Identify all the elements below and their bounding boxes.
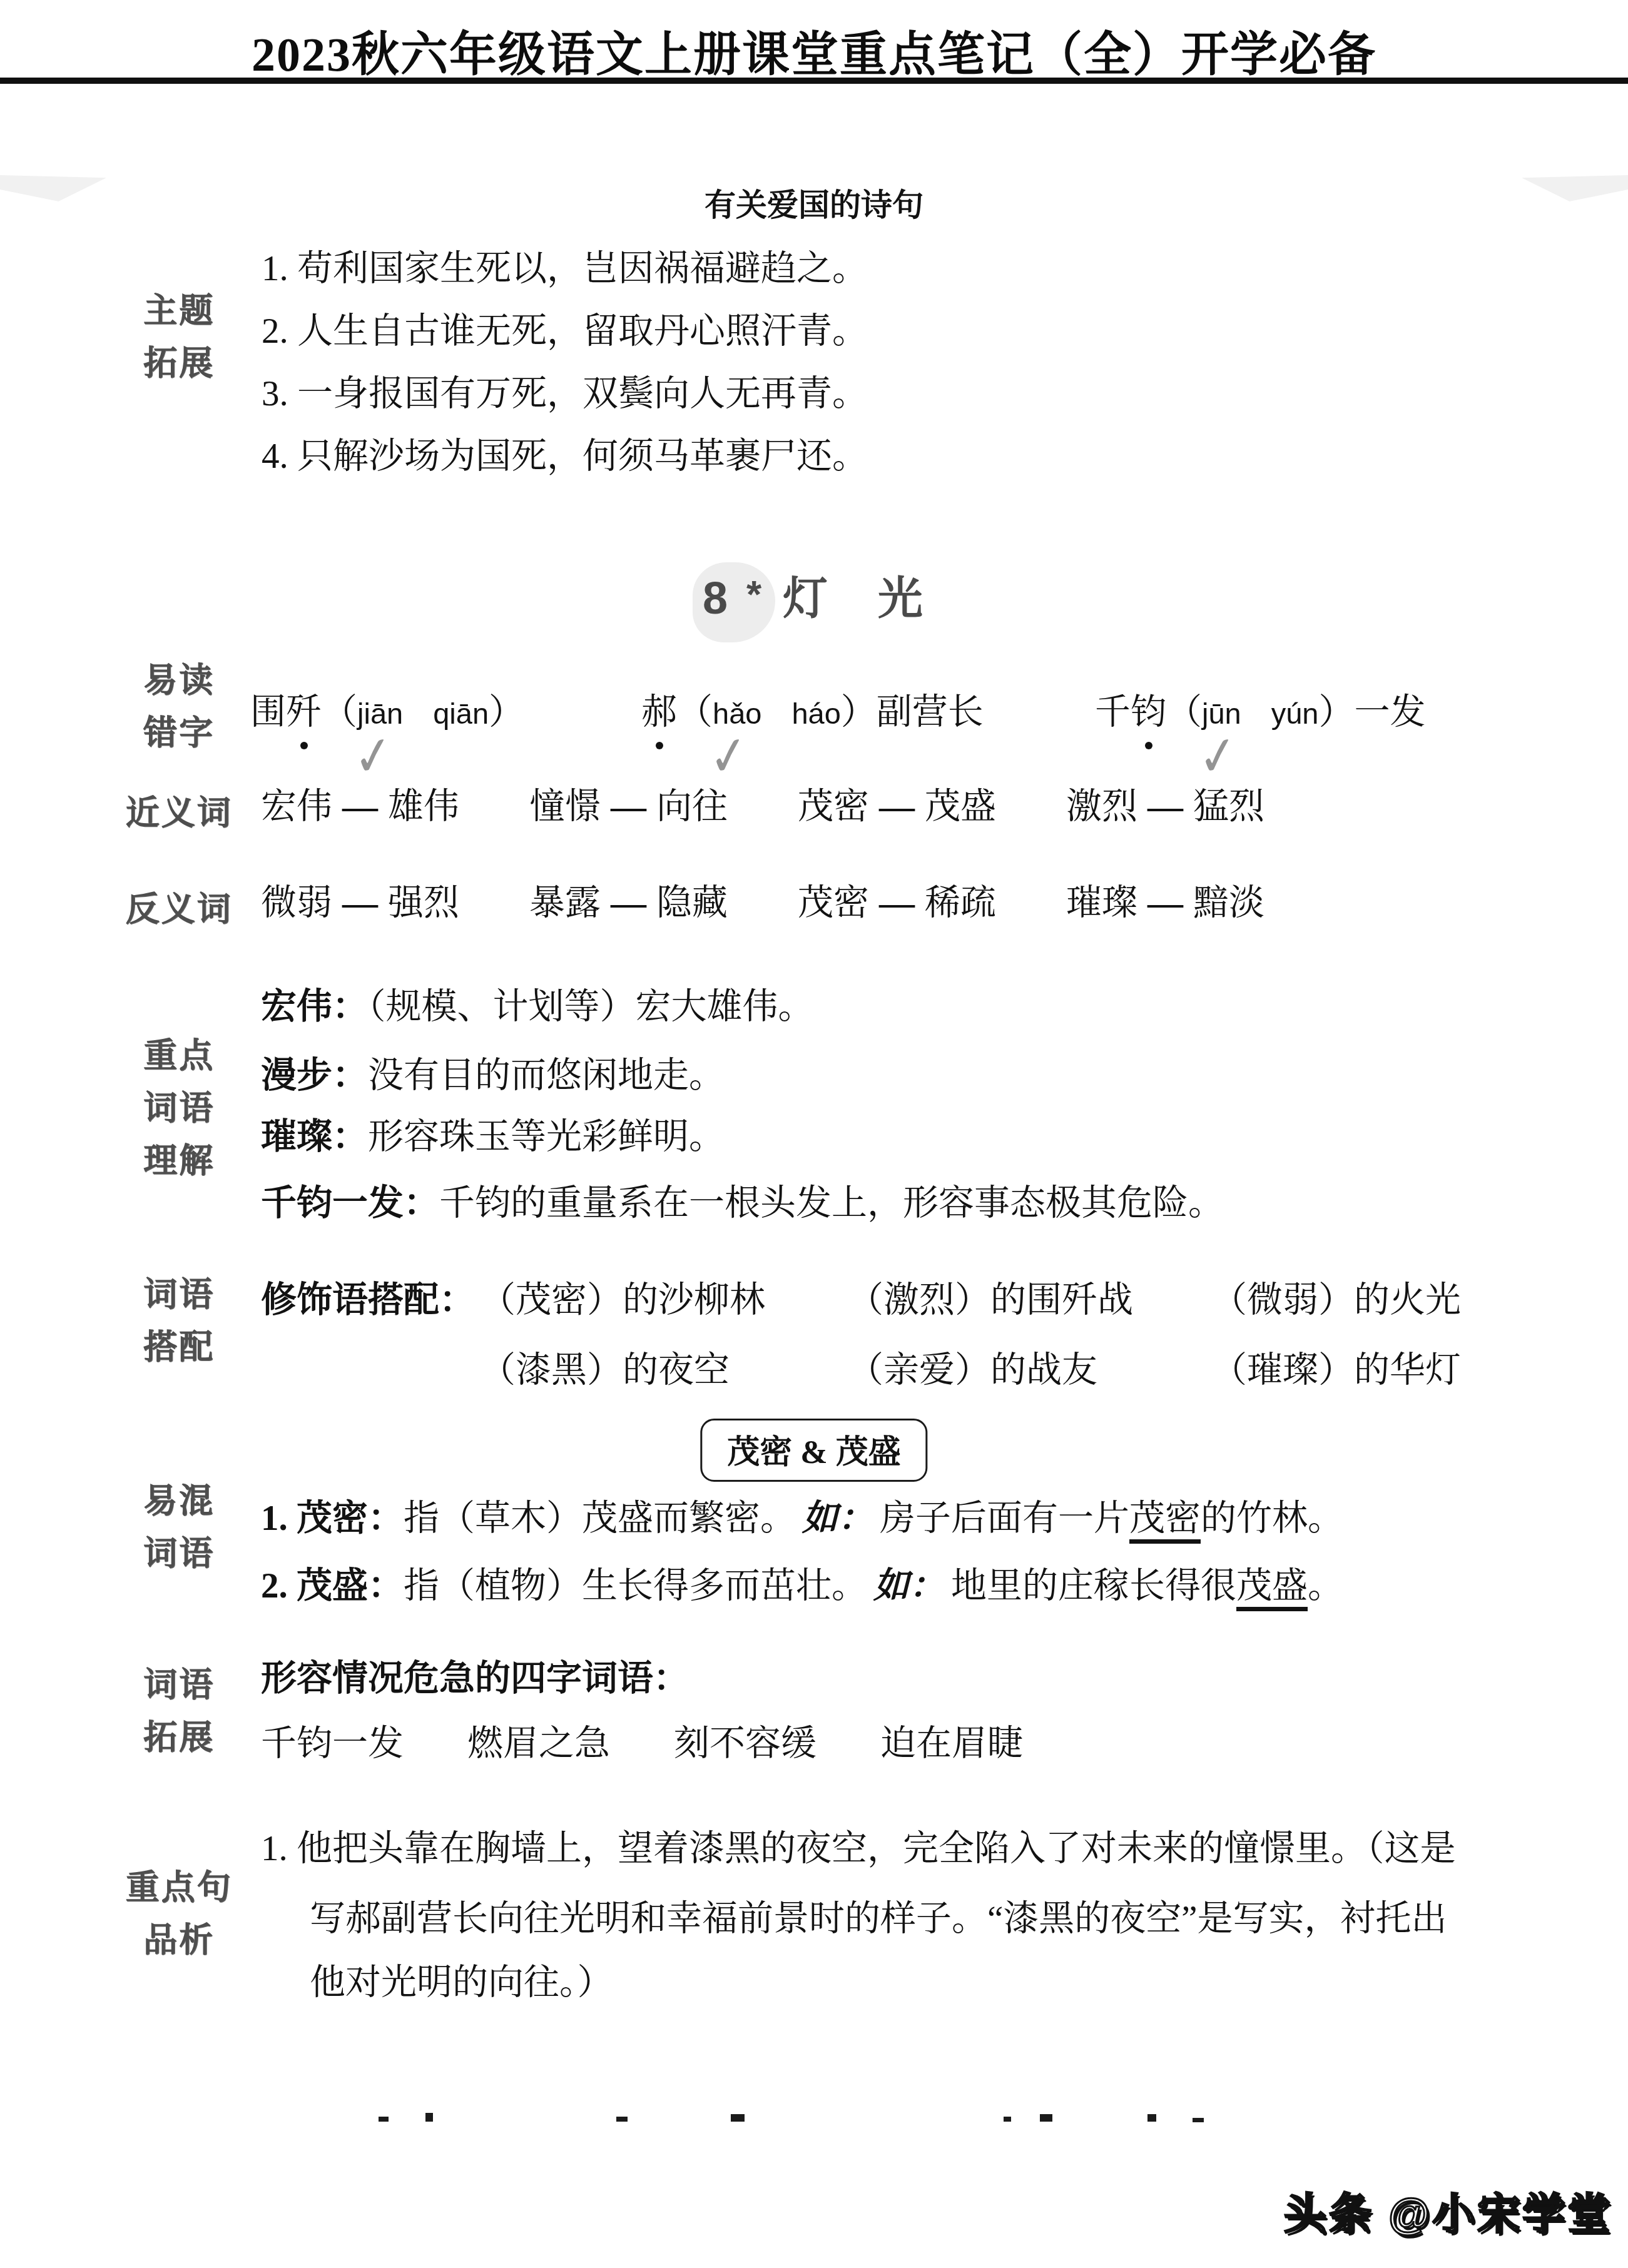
misread-group: 围歼（jiān✓qiān）: [250, 683, 524, 734]
confusable-words-box: 茂密 & 茂盛: [700, 1419, 927, 1482]
definition-row: 宏伟：（规模、计划等）宏大雄伟。: [261, 986, 814, 1028]
collocation-term: 修饰语搭配：: [261, 1271, 475, 1322]
label-word-expansion: 词语 拓展: [113, 1659, 245, 1764]
page-title: 2023秋六年级语文上册课堂重点笔记（全）开学必备: [0, 16, 1628, 84]
idiom: 千钧一发: [261, 1723, 404, 1764]
label-easily-misread: 易读 错字: [113, 654, 245, 759]
poem-item: 1. 苟利国家生死以，岂因祸福避趋之。: [262, 248, 868, 290]
definition-row: 璀璨：形容珠玉等光彩鲜明。: [261, 1116, 725, 1158]
asterisk-icon: *: [746, 573, 764, 616]
definition-row: 漫步：没有目的而悠闲地走。: [261, 1055, 725, 1096]
idiom: 刻不容缓: [674, 1723, 817, 1764]
lesson-number: 8: [703, 574, 730, 624]
word-pair: 璀璨—黯淡: [1066, 882, 1264, 924]
word-pair: 激烈—猛烈: [1066, 786, 1264, 828]
label-theme-extension: 主题 拓展: [113, 285, 245, 390]
expansion-heading: 形容情况危急的四字词语：: [261, 1658, 689, 1699]
check-icon: ✓: [351, 727, 396, 786]
analysis-line: 1. 他把头靠在胸墙上，望着漆黑的夜空，完全陷入了对未来的憧憬里。（这是: [261, 1828, 1456, 1870]
poem-item: 3. 一身报国有万死，双鬓向人无再青。: [262, 373, 868, 415]
collocation: （璀璨）的华灯: [1211, 1341, 1461, 1392]
collocation: （亲爱）的战友: [848, 1341, 1097, 1392]
emphasis-dot: [656, 742, 663, 749]
check-icon: ✓: [1196, 727, 1241, 786]
label-synonyms: 近义词: [113, 787, 245, 839]
word-pair: 宏伟—雄伟: [261, 786, 459, 828]
poem-item: 2. 人生自古谁无死，留取丹心照汗青。: [262, 310, 868, 352]
notes-page: 2023秋六年级语文上册课堂重点笔记（全）开学必备 有关爱国的诗句 主题 拓展 …: [0, 0, 1628, 2268]
analysis-line: 他对光明的向往。）: [310, 1962, 613, 2003]
word-pair: 茂密—稀疏: [798, 882, 996, 924]
misread-group: 郝（hǎo✓háo）副营长: [641, 683, 984, 734]
synonyms-row: 宏伟—雄伟 憧憬—向往 茂密—茂盛 激烈—猛烈: [261, 786, 1264, 828]
confusable-item: 1. 茂密：指（草木）茂盛而繁密。如：房子后面有一片茂密的竹林。: [261, 1497, 1343, 1539]
collocation: （漆黑）的夜空: [480, 1341, 730, 1392]
lesson-name: 灯 光: [783, 574, 925, 624]
word-pair: 憧憬—向往: [529, 786, 728, 828]
idiom: 迫在眉睫: [880, 1723, 1023, 1764]
label-confusable-words: 易混 词语: [113, 1475, 245, 1580]
collocation: （茂密）的沙柳林: [480, 1271, 765, 1322]
collocation-row-1: 修饰语搭配： （茂密）的沙柳林 （激烈）的围歼战 （微弱）的火光: [0, 1271, 1628, 1315]
definition-row: 千钧一发：千钧的重量系在一根头发上，形容事态极其危险。: [261, 1182, 1224, 1224]
label-key-sentence: 重点句 品析: [113, 1861, 245, 1967]
example-marker: 如：: [867, 1566, 951, 1606]
underlined-word: 茂密: [1129, 1499, 1201, 1544]
collocation-row-2: （漆黑）的夜空 （亲爱）的战友 （璀璨）的华灯: [0, 1341, 1628, 1385]
confusable-item: 2. 茂盛：指（植物）生长得多而茁壮。如：地里的庄稼长得很茂盛。: [261, 1565, 1343, 1607]
word-pair: 暴露—隐藏: [529, 882, 728, 924]
idiom: 燃眉之急: [467, 1723, 610, 1764]
toutiao-watermark: 头条 @小宋学堂: [1284, 2180, 1612, 2241]
word-pair: 茂密—茂盛: [798, 786, 996, 828]
emphasis-dot: [1145, 742, 1152, 749]
label-antonyms: 反义词: [113, 883, 245, 936]
header-divider: [0, 78, 1628, 84]
lesson-number-wrap: 8 *: [703, 572, 768, 624]
collocation: （微弱）的火光: [1211, 1271, 1461, 1322]
underlined-word: 茂盛: [1236, 1566, 1308, 1611]
emphasis-dot: [300, 742, 308, 749]
poem-item: 4. 只解沙场为国死，何须马革裹尸还。: [262, 435, 868, 477]
check-icon: ✓: [706, 727, 751, 786]
poem-section-heading: 有关爱国的诗句: [0, 180, 1628, 225]
misread-characters-row: 围歼（jiān✓qiān） 郝（hǎo✓háo）副营长 千钧（jūn✓yún）一…: [250, 683, 1502, 783]
collocation: （激烈）的围歼战: [848, 1271, 1133, 1322]
lesson-title: 8 * 灯 光: [0, 562, 1628, 627]
misread-group: 千钧（jūn✓yún）一发: [1095, 683, 1426, 734]
analysis-line: 写郝副营长向往光明和幸福前景时的样子。“漆黑的夜空”是写实，衬托出: [310, 1898, 1447, 1940]
antonyms-row: 微弱—强烈 暴露—隐藏 茂密—稀疏 璀璨—黯淡: [261, 882, 1264, 924]
word-pair: 微弱—强烈: [261, 882, 459, 924]
expansion-words-row: 千钧一发 燃眉之急 刻不容缓 迫在眉睫: [261, 1723, 1023, 1764]
example-marker: 如：: [796, 1499, 880, 1538]
label-key-words: 重点 词语 理解: [113, 1030, 245, 1187]
